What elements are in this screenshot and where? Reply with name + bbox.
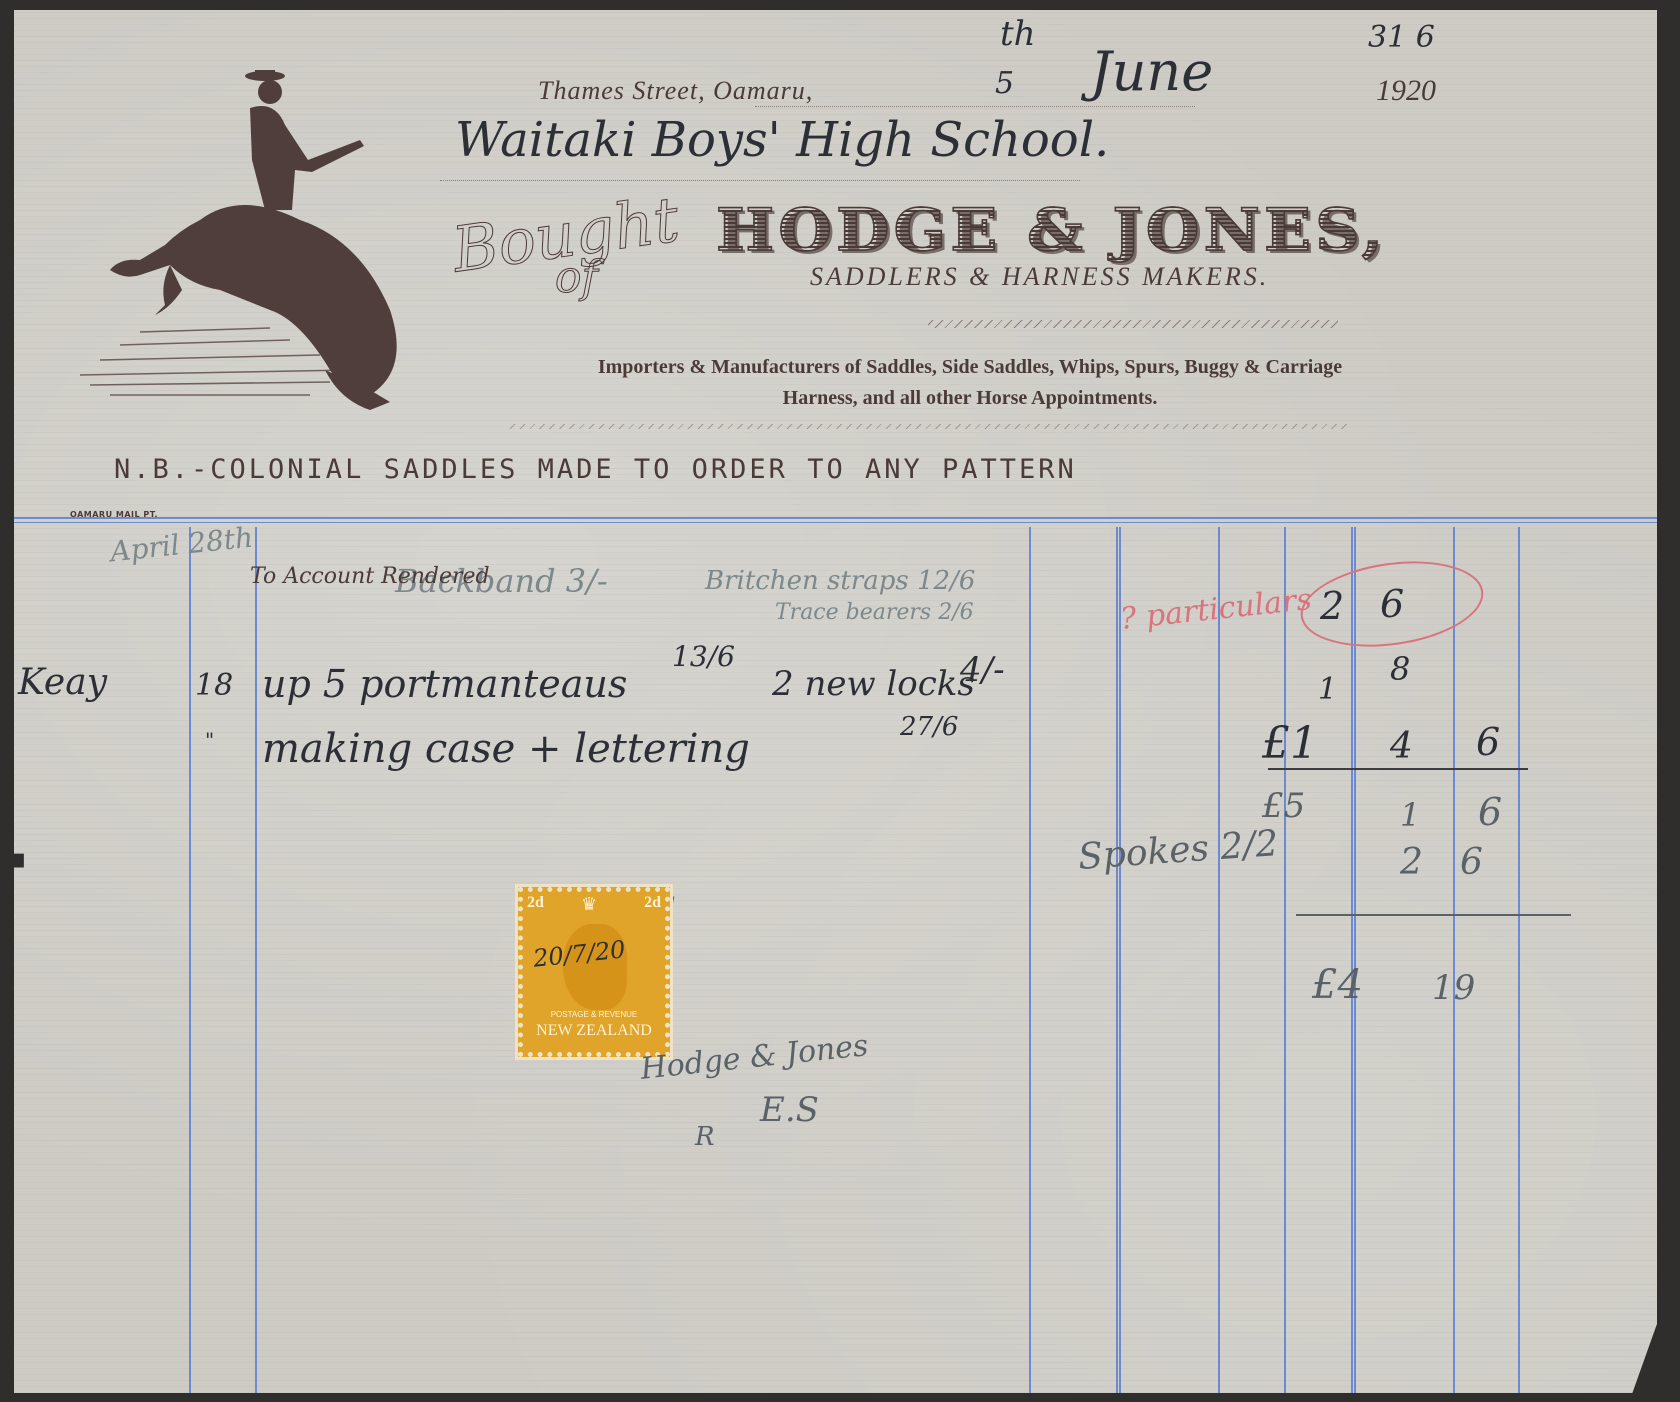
firm-trade: SADDLERS & HARNESS MAKERS.	[810, 262, 1269, 292]
subtotal-underline	[1268, 768, 1528, 770]
figure-1-shillings: 2	[1320, 584, 1344, 628]
firm-name: HODGE & JONES,	[716, 196, 1387, 264]
ledger-top-rule	[14, 517, 1657, 519]
column-rule	[1518, 527, 1520, 1393]
figure-1-pence: 6	[1380, 582, 1404, 626]
customer-dotted-line	[440, 180, 1080, 181]
line-3-amount: 27/6	[900, 712, 958, 742]
line-1-date: 18	[195, 668, 233, 703]
line-1-description: up 5 portmanteaus	[262, 662, 627, 706]
stamp-value-right: 2d	[644, 894, 661, 912]
column-rule	[1351, 527, 1353, 1393]
notice-banner: N.B.-COLONIAL SADDLES MADE TO ORDER TO A…	[114, 454, 1077, 485]
figure-3-pence: 6	[1476, 720, 1500, 764]
figure-2-shillings: 8	[1390, 650, 1410, 688]
stamp-value-left: 2d	[527, 894, 544, 912]
line-1-amount: 13/6	[672, 640, 735, 673]
date-day-suffix: th	[1000, 14, 1036, 54]
horse-rider-illustration	[70, 70, 430, 420]
figure-4-shillings: 1	[1400, 796, 1420, 834]
date-day: 5	[995, 66, 1014, 101]
column-rule	[189, 527, 191, 1393]
total-shillings: 19	[1432, 968, 1475, 1008]
column-rule	[1029, 527, 1031, 1393]
column-rule	[255, 527, 257, 1393]
revenue-stamp: 2d ♛ 2d POSTAGE & REVENUE NEW ZEALAND 20…	[518, 887, 670, 1057]
account-rendered: To Account Rendered	[250, 564, 490, 589]
figure-4-pounds: £5	[1262, 786, 1305, 826]
line-2-description: 2 new locks	[772, 664, 975, 704]
column-rule	[1119, 527, 1121, 1393]
column-rule	[1284, 527, 1286, 1393]
column-rule	[1218, 527, 1220, 1393]
bought-of-suffix: of	[555, 252, 598, 303]
total-pounds: £4	[1312, 962, 1363, 1008]
reference-number: 31 6	[1368, 20, 1435, 55]
figure-3-pounds: £1	[1262, 718, 1318, 769]
line-3-date: "	[205, 728, 214, 752]
figure-3-shillings: 4	[1390, 726, 1413, 767]
stamp-postage-text: POSTAGE & REVENUE	[523, 1010, 665, 1019]
products-line-2: Harness, and all other Horse Appointment…	[440, 383, 1500, 414]
products-description: Importers & Manufacturers of Saddles, Si…	[440, 352, 1500, 414]
crown-icon: ♛	[581, 894, 597, 915]
products-line-1: Importers & Manufacturers of Saddles, Si…	[440, 352, 1500, 383]
signer-initials: E.S	[760, 1090, 819, 1130]
faint-note-trace: Trace bearers 2/6	[775, 600, 974, 625]
column-rule	[1354, 527, 1356, 1393]
date-dotted-line	[755, 106, 1195, 107]
date-year: 1920	[1376, 74, 1436, 108]
ornamental-rule-2	[510, 424, 1350, 429]
column-rule	[1453, 527, 1455, 1393]
stamp-country: NEW ZEALAND	[523, 1022, 665, 1040]
line-3-description: making case + lettering	[262, 726, 750, 772]
line-2-amount: 4/-	[960, 650, 1005, 690]
extra-mark: R	[695, 1122, 715, 1152]
firm-address: Thames Street, Oamaru,	[538, 76, 813, 106]
total-underline	[1296, 914, 1571, 916]
figure-4-pence: 6	[1478, 790, 1502, 834]
figure-5-pence: 6	[1460, 842, 1483, 883]
margin-name-note: Keay	[18, 662, 107, 703]
ornamental-rule	[928, 320, 1338, 328]
customer-name: Waitaki Boys' High School.	[455, 112, 1109, 168]
date-month: June	[1090, 40, 1213, 103]
column-rule	[1116, 527, 1118, 1393]
figure-5-shillings: 2	[1400, 842, 1423, 883]
ledger-top-rule-2	[14, 522, 1657, 523]
faint-note-britchen: Britchen straps 12/6	[705, 566, 975, 596]
figure-2-pounds: 1	[1318, 672, 1337, 707]
